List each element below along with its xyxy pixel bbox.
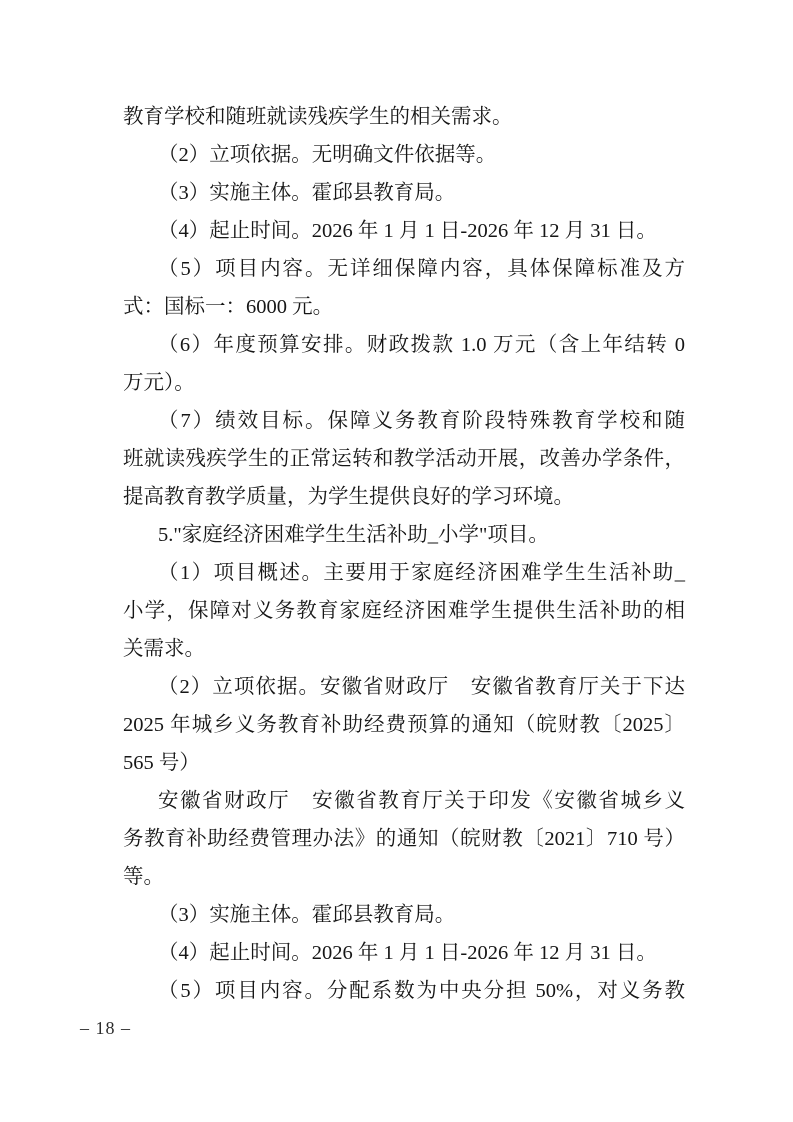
text-line: （4）起止时间。2026 年 1 月 1 日-2026 年 12 月 31 日。 <box>123 934 685 972</box>
text-line: 5."家庭经济困难学生生活补助_小学"项目。 <box>123 516 685 554</box>
text-line: （2）立项依据。无明确文件依据等。 <box>123 136 685 174</box>
page-number: – 18 – <box>80 1016 131 1040</box>
text-line: 2025 年城乡义务教育补助经费预算的通知（皖财教〔2025〕 <box>123 706 685 744</box>
text-line: 班就读残疾学生的正常运转和教学活动开展，改善办学条件， <box>123 440 685 478</box>
document-page: 教育学校和随班就读残疾学生的相关需求。（2）立项依据。无明确文件依据等。（3）实… <box>0 0 793 1122</box>
text-line: （5）项目内容。无详细保障内容，具体保障标准及方 <box>123 250 685 288</box>
text-line: 提高教育教学质量，为学生提供良好的学习环境。 <box>123 478 685 516</box>
text-line: 565 号） <box>123 744 685 782</box>
text-line: 安徽省财政厅 安徽省教育厅关于印发《安徽省城乡义 <box>123 782 685 820</box>
text-line: （7）绩效目标。保障义务教育阶段特殊教育学校和随 <box>123 402 685 440</box>
text-line: （3）实施主体。霍邱县教育局。 <box>123 896 685 934</box>
text-line: 万元）。 <box>123 364 685 402</box>
text-line: 等。 <box>123 858 685 896</box>
text-lines: 教育学校和随班就读残疾学生的相关需求。（2）立项依据。无明确文件依据等。（3）实… <box>123 98 685 1010</box>
text-line: （6）年度预算安排。财政拨款 1.0 万元（含上年结转 0 <box>123 326 685 364</box>
text-line: 务教育补助经费管理办法》的通知（皖财教〔2021〕710 号） <box>123 820 685 858</box>
text-line: （5）项目内容。分配系数为中央分担 50%，对义务教 <box>123 972 685 1010</box>
text-line: 式：国标一：6000 元。 <box>123 288 685 326</box>
text-line: （2）立项依据。安徽省财政厅 安徽省教育厅关于下达 <box>123 668 685 706</box>
text-line: （3）实施主体。霍邱县教育局。 <box>123 174 685 212</box>
text-line: 小学，保障对义务教育家庭经济困难学生提供生活补助的相 <box>123 592 685 630</box>
text-line: 教育学校和随班就读残疾学生的相关需求。 <box>123 98 685 136</box>
text-line: （4）起止时间。2026 年 1 月 1 日-2026 年 12 月 31 日。 <box>123 212 685 250</box>
text-line: （1）项目概述。主要用于家庭经济困难学生生活补助_ <box>123 554 685 592</box>
text-line: 关需求。 <box>123 630 685 668</box>
